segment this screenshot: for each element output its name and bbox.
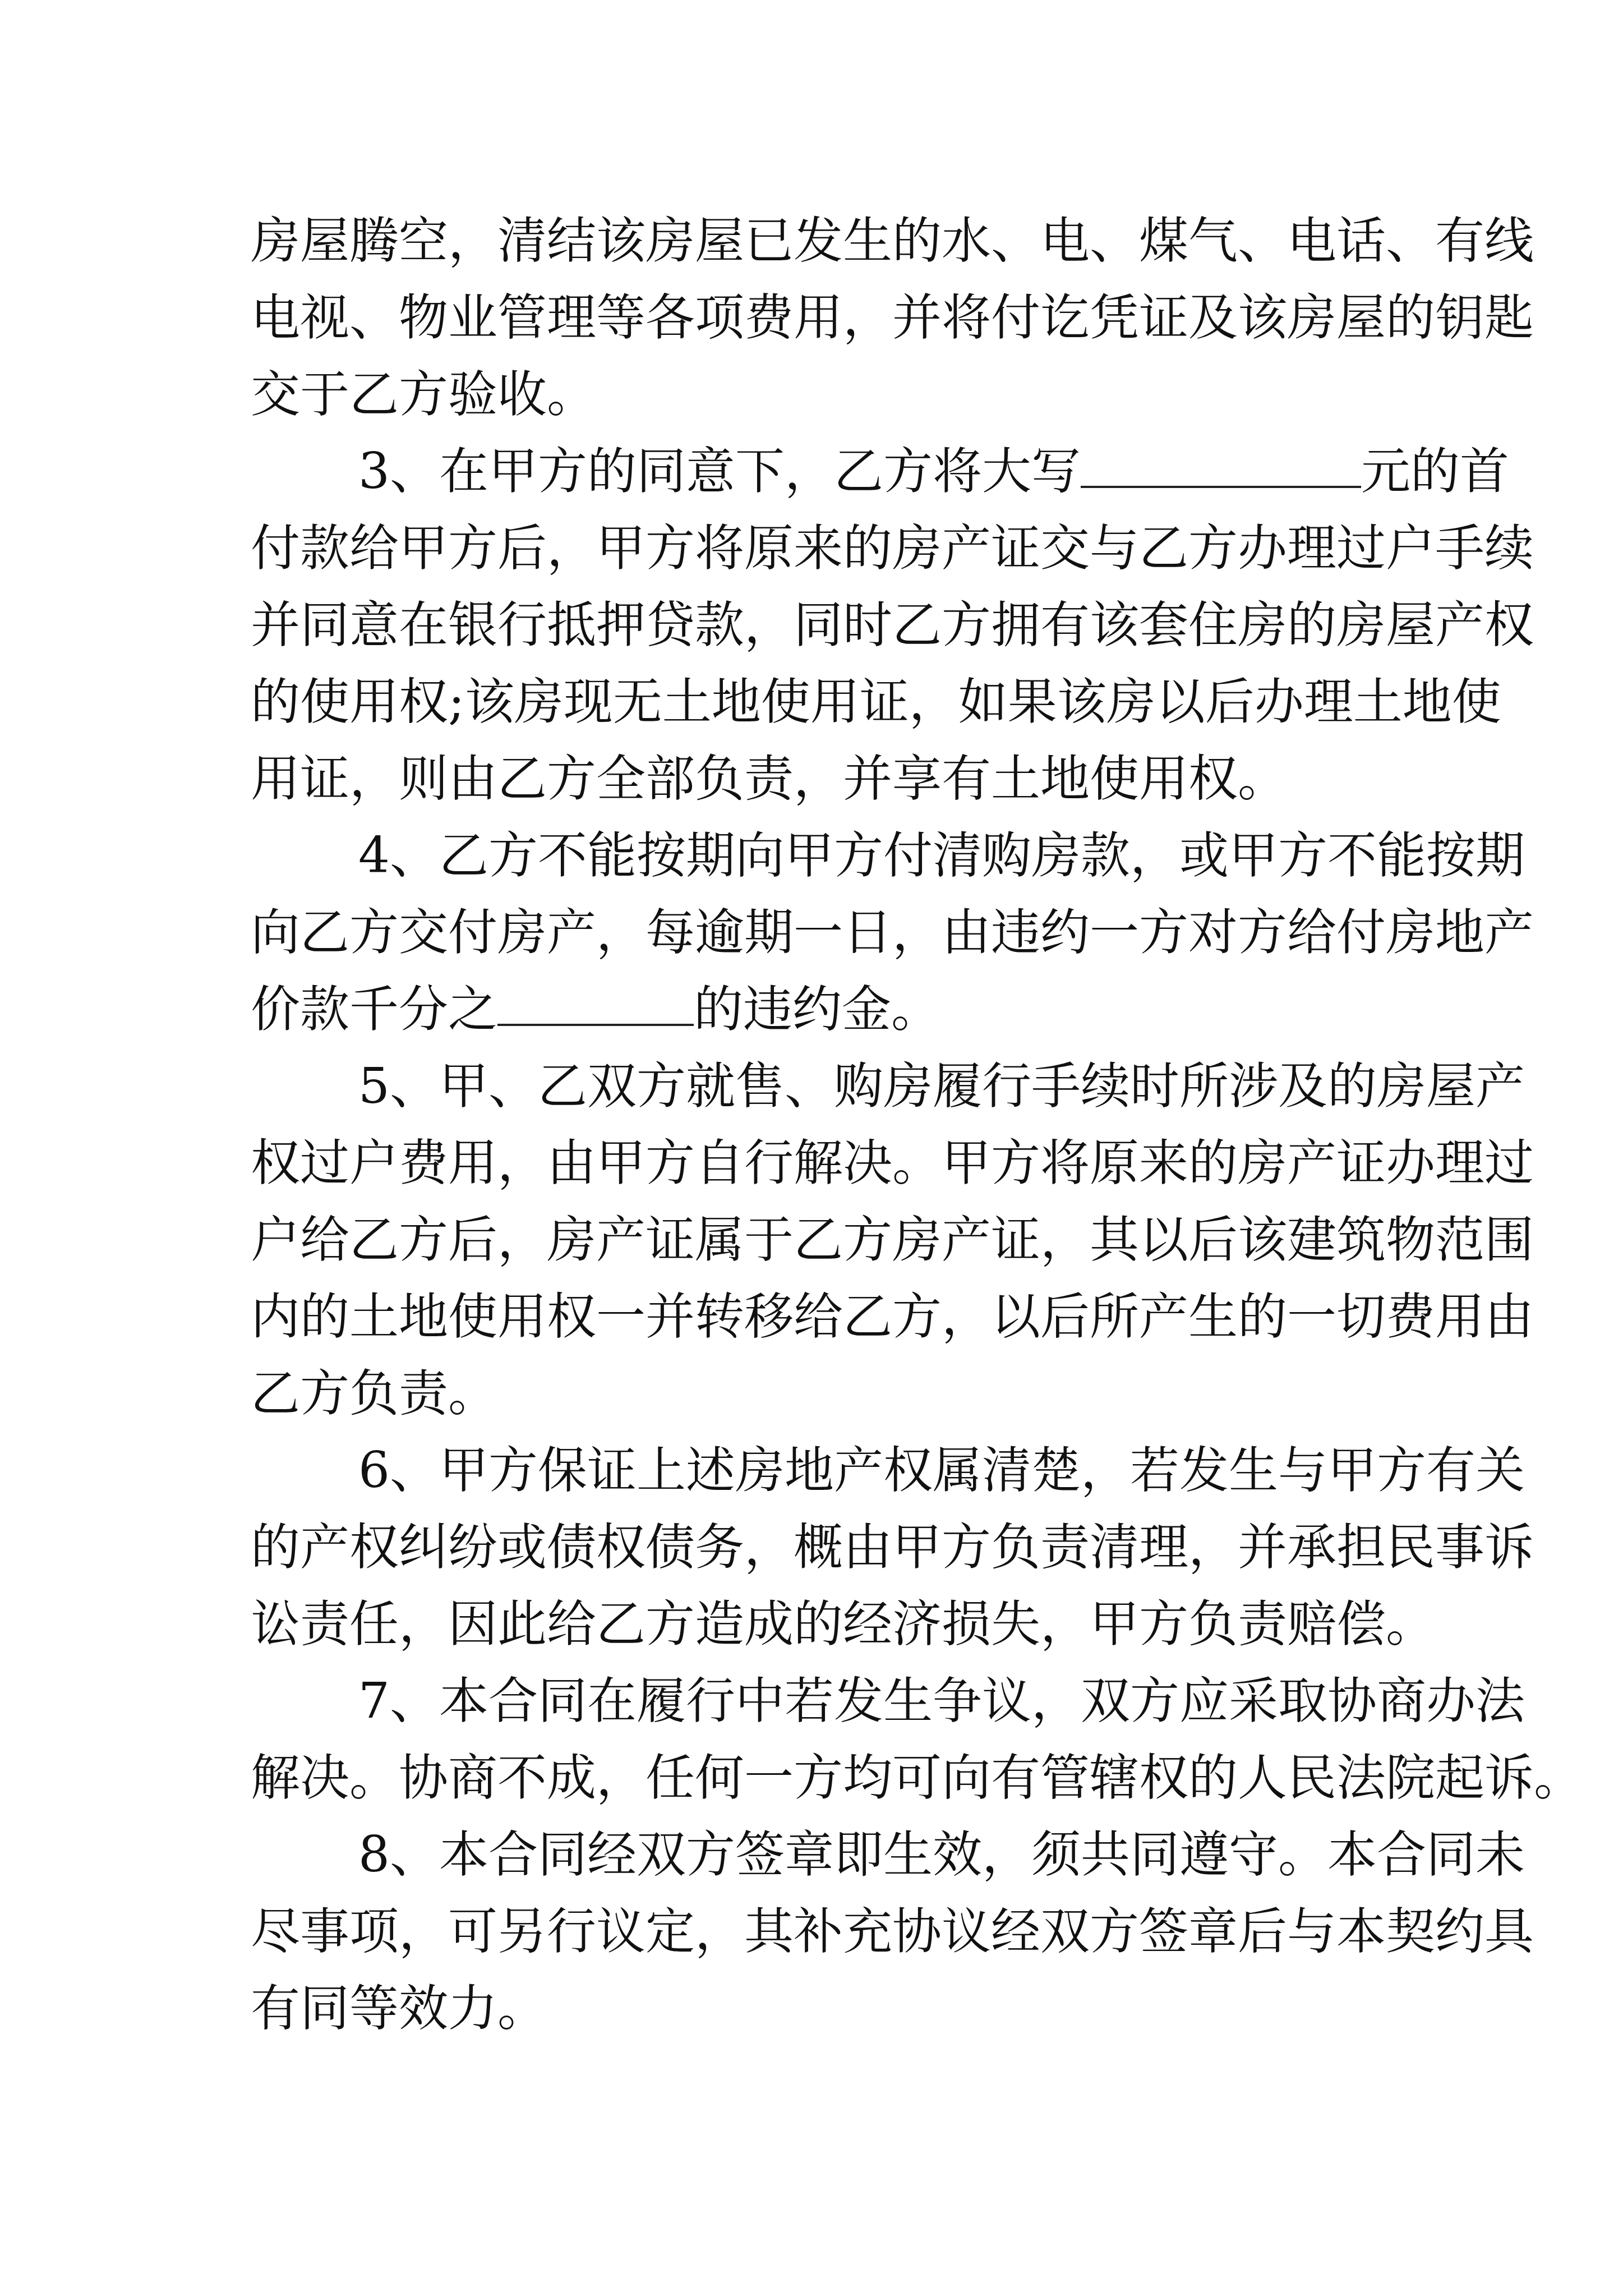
p4-line-3-pre: 价款千分之 bbox=[251, 980, 497, 1038]
p4-line-3-post: 的违约金。 bbox=[694, 980, 940, 1038]
contract-body: 房屋腾空，清结该房屋已发生的水、电、煤气、电话、有线 电视、物业管理等各项费用，… bbox=[251, 202, 1389, 2046]
p3-line-1-post: 元的首 bbox=[1361, 442, 1509, 500]
p3-line-5: 用证，则由乙方全部负责，并享有土地使用权。 bbox=[251, 740, 1389, 817]
p8-line-1: 8、本合同经双方签章即生效，须共同遵守。本合同未 bbox=[251, 1816, 1389, 1893]
p4-line-3: 价款千分之的违约金。 bbox=[251, 970, 1389, 1047]
p3-line-1-pre: 3、在甲方的同意下，乙方将大写 bbox=[358, 442, 1081, 500]
p2-line-1: 房屋腾空，清结该房屋已发生的水、电、煤气、电话、有线 bbox=[251, 202, 1389, 279]
p7-line-2: 解决。协商不成，任何一方均可向有管辖权的人民法院起诉。 bbox=[251, 1739, 1389, 1816]
p6-line-2: 的产权纠纷或债权债务，概由甲方负责清理，并承担民事诉 bbox=[251, 1508, 1389, 1585]
p2-line-3: 交于乙方验收。 bbox=[251, 356, 1389, 432]
p5-line-1: 5、甲、乙双方就售、购房履行手续时所涉及的房屋产 bbox=[251, 1047, 1389, 1124]
p7-line-1: 7、本合同在履行中若发生争议，双方应采取协商办法 bbox=[251, 1662, 1389, 1739]
p3-line-1: 3、在甲方的同意下，乙方将大写元的首 bbox=[251, 432, 1389, 509]
p5-line-5: 乙方负责。 bbox=[251, 1355, 1389, 1432]
p3-line-2: 付款给甲方后，甲方将原来的房产证交与乙方办理过户手续 bbox=[251, 509, 1389, 586]
amount-blank-field[interactable] bbox=[1081, 447, 1361, 488]
penalty-rate-blank-field[interactable] bbox=[497, 984, 694, 1026]
p4-line-2: 向乙方交付房产，每逾期一日，由违约一方对方给付房地产 bbox=[251, 894, 1389, 970]
p3-line-4: 的使用权;该房现无土地使用证，如果该房以后办理土地使 bbox=[251, 663, 1389, 740]
p4-line-1: 4、乙方不能按期向甲方付清购房款，或甲方不能按期 bbox=[251, 817, 1389, 894]
p6-line-1: 6、甲方保证上述房地产权属清楚，若发生与甲方有关 bbox=[251, 1432, 1389, 1508]
p8-line-2: 尽事项，可另行议定，其补充协议经双方签章后与本契约具 bbox=[251, 1893, 1389, 1970]
p6-line-3: 讼责任，因此给乙方造成的经济损失，甲方负责赔偿。 bbox=[251, 1585, 1389, 1662]
p3-line-3: 并同意在银行抵押贷款，同时乙方拥有该套住房的房屋产权 bbox=[251, 586, 1389, 663]
p5-line-3: 户给乙方后，房产证属于乙方房产证，其以后该建筑物范围 bbox=[251, 1201, 1389, 1278]
p2-line-2: 电视、物业管理等各项费用，并将付讫凭证及该房屋的钥匙 bbox=[251, 279, 1389, 356]
p8-line-3: 有同等效力。 bbox=[251, 1970, 1389, 2046]
p5-line-4: 内的土地使用权一并转移给乙方，以后所产生的一切费用由 bbox=[251, 1278, 1389, 1355]
p5-line-2: 权过户费用，由甲方自行解决。甲方将原来的房产证办理过 bbox=[251, 1124, 1389, 1201]
document-page: 房屋腾空，清结该房屋已发生的水、电、煤气、电话、有线 电视、物业管理等各项费用，… bbox=[0, 0, 1623, 2296]
